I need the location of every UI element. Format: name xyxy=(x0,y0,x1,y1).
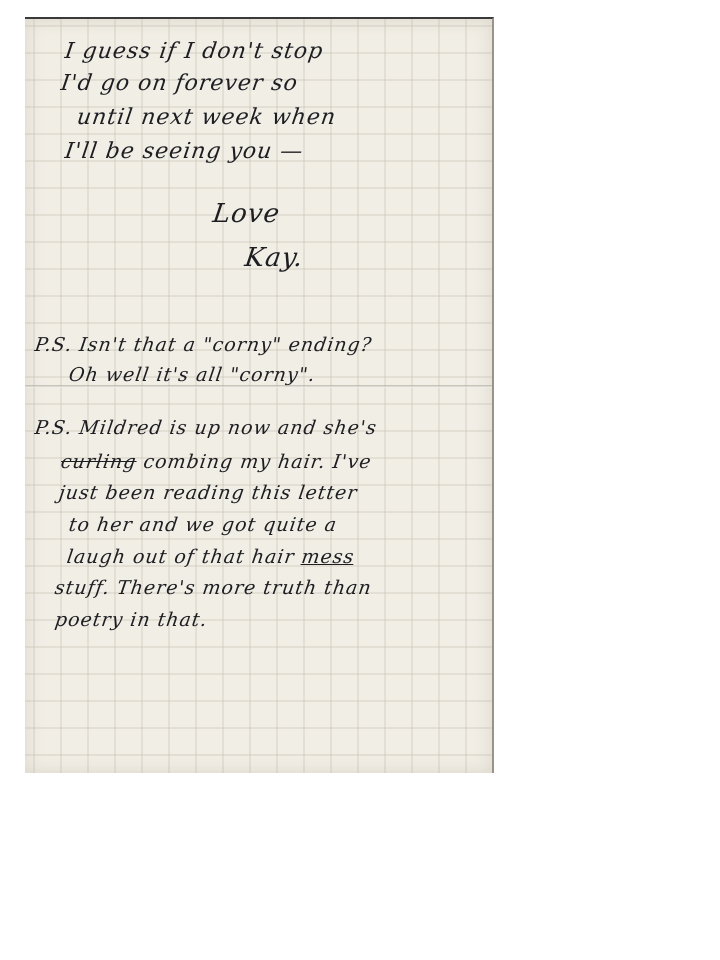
paper-fold xyxy=(25,385,492,388)
signoff: Love xyxy=(211,199,282,229)
ps2-line-5: laugh out of that hair mess xyxy=(65,546,355,568)
underlined-word: mess xyxy=(300,546,356,568)
ps2-line-1: P.S. Mildred is up now and she's xyxy=(33,417,378,439)
ps2-line-7: poetry in that. xyxy=(53,609,209,631)
ps1-line-1: P.S. Isn't that a "corny" ending? xyxy=(33,334,373,356)
ps2-line-2: curling combing my hair. I've xyxy=(59,451,373,473)
letter-line-3: until next week when xyxy=(75,105,338,130)
ps2-line-6: stuff. There's more truth than xyxy=(53,577,373,599)
ps1-line-2: Oh well it's all "corny". xyxy=(67,364,317,386)
ps2-line-5-pre: laugh out of that hair xyxy=(65,546,296,568)
ps2-line-3: just been reading this letter xyxy=(57,482,359,504)
struck-word: curling xyxy=(59,451,138,473)
letter-line-4: I'll be seeing you — xyxy=(63,139,305,164)
letter-line-1: I guess if I don't stop xyxy=(63,39,325,64)
signature: Kay. xyxy=(243,243,306,273)
letter-line-2: I'd go on forever so xyxy=(59,71,299,96)
ps2-line-2-rest: combing my hair. I've xyxy=(142,451,373,473)
ps2-line-4: to her and we got quite a xyxy=(67,514,338,536)
letter-page: I guess if I don't stop I'd go on foreve… xyxy=(25,17,494,773)
